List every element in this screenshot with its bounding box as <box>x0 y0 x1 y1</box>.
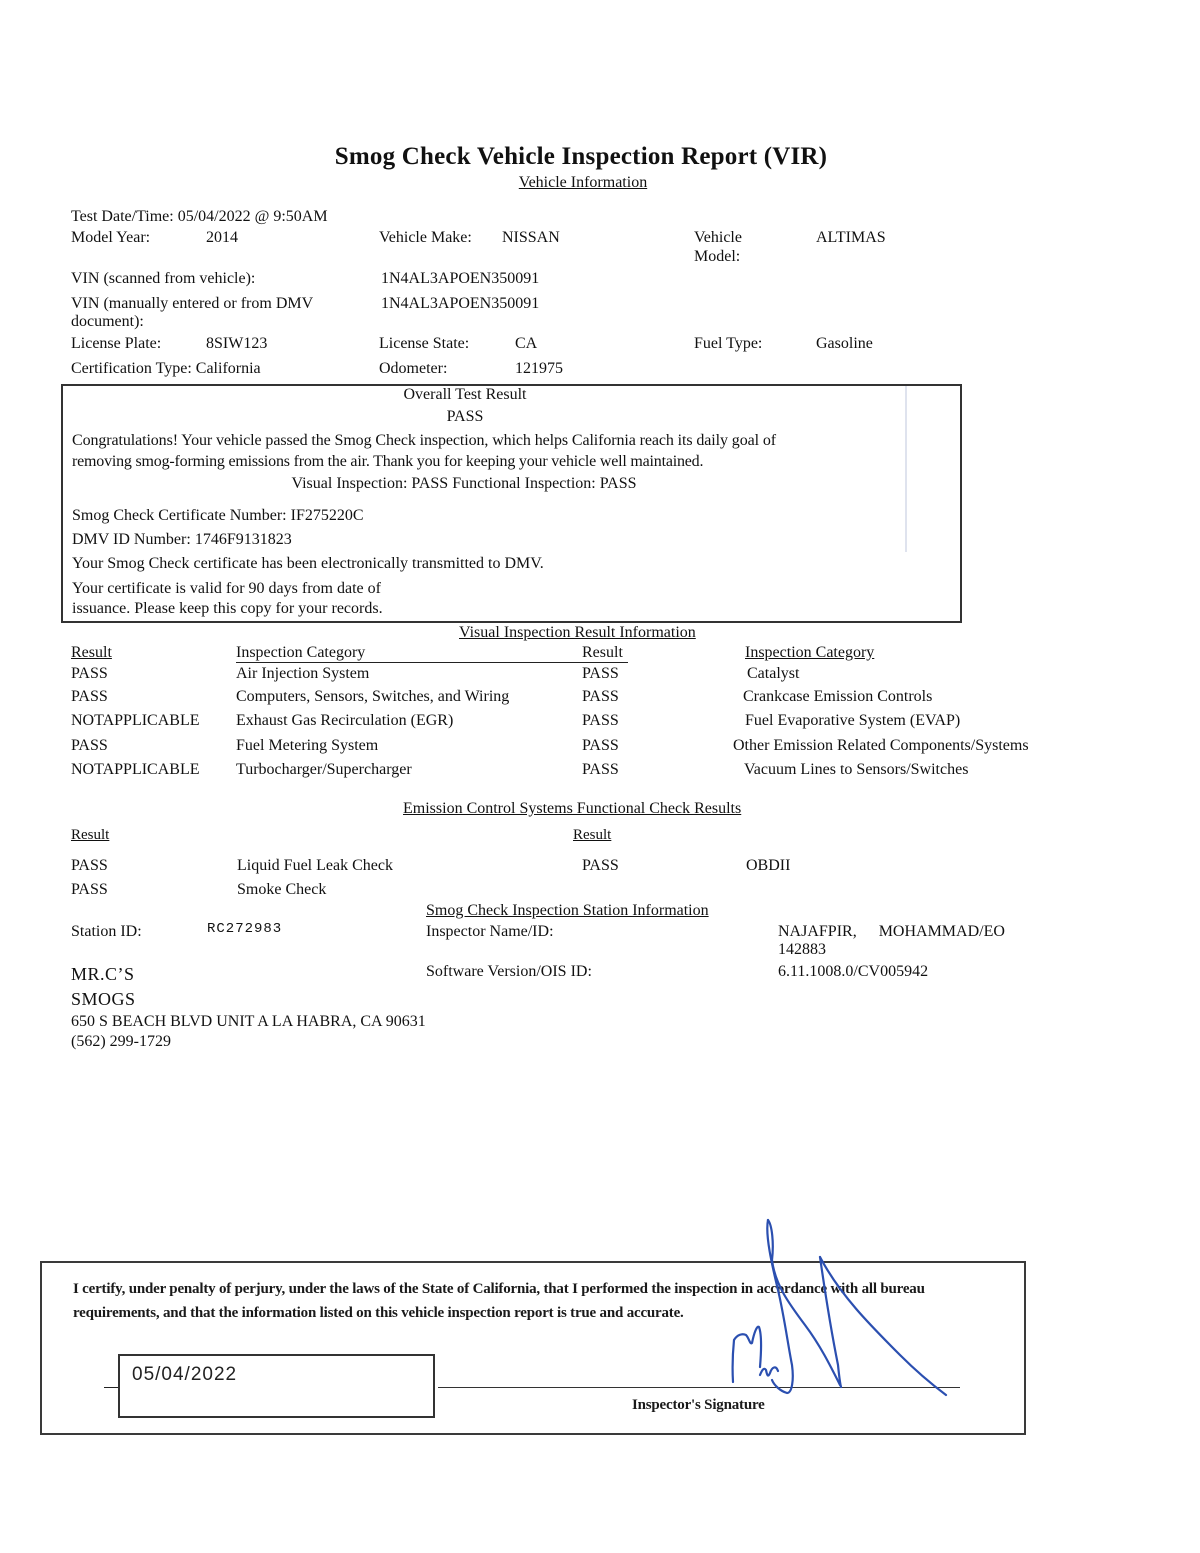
section-heading-station-information: Smog Check Inspection Station Informatio… <box>426 902 709 920</box>
section-heading-vehicle-information: Vehicle Information <box>0 174 1166 192</box>
overall-result-heading: Overall Test Result <box>0 386 930 404</box>
page-title: Smog Check Vehicle Inspection Report (VI… <box>0 143 1162 172</box>
fuel-type-label: Fuel Type: <box>694 335 762 353</box>
visual-result: NOTAPPLICABLE <box>71 712 200 730</box>
visual-category: Air Injection System <box>236 665 369 683</box>
validity-notice-line2: issuance. Please keep this copy for your… <box>72 600 383 618</box>
inspector-name: NAJAFPIR,MOHAMMAD/EO 142883 <box>778 923 1005 960</box>
software-value: 6.11.1008.0/CV005942 <box>778 963 928 981</box>
visual-category: Other Emission Related Components/System… <box>733 737 1029 755</box>
visual-result: PASS <box>582 737 619 755</box>
inspector-license-number: 142883 <box>778 941 1005 959</box>
license-state-value: CA <box>515 335 537 353</box>
visual-result: PASS <box>71 688 108 706</box>
functional-result: PASS <box>582 857 619 875</box>
inspection-summary: Visual Inspection: PASS Functional Inspe… <box>0 475 928 493</box>
certification-type-label: Certification Type: <box>71 360 192 377</box>
visual-result: PASS <box>582 712 619 730</box>
section-heading-functional-checks: Emission Control Systems Functional Chec… <box>403 800 741 818</box>
station-name-line2: SMOGS <box>71 989 136 1010</box>
vehicle-model-label: Vehicle Model: <box>694 229 742 267</box>
license-plate-label: License Plate: <box>71 335 161 353</box>
transmitted-notice: Your Smog Check certificate has been ele… <box>72 555 544 573</box>
inspector-first-name-id: MOHAMMAD/EO <box>879 923 1005 940</box>
odometer-value: 121975 <box>515 360 563 378</box>
station-address: 650 S BEACH BLVD UNIT A LA HABRA, CA 906… <box>71 1013 426 1031</box>
visual-col-result-left: Result <box>71 644 112 662</box>
vin-manual-label: VIN (manually entered or from DMV docume… <box>71 295 313 332</box>
visual-col-category-right: Inspection Category <box>745 644 874 662</box>
software-label: Software Version/OIS ID: <box>426 963 592 981</box>
dmv-id-value: 1746F9131823 <box>195 531 292 548</box>
pass-message-line2: removing smog-forming emissions from the… <box>72 453 703 471</box>
station-phone: (562) 299-1729 <box>71 1033 171 1051</box>
validity-notice: Your certificate is valid for 90 days fr… <box>72 580 383 619</box>
visual-category: Catalyst <box>747 665 799 683</box>
model-year-label: Model Year: <box>71 229 150 247</box>
station-name-line1: MR.C’S <box>71 964 135 985</box>
certification-type-row: Certification Type: California <box>71 360 261 378</box>
visual-result: PASS <box>582 665 619 683</box>
test-datetime-label: Test Date/Time: <box>71 208 174 225</box>
station-id-label: Station ID: <box>71 923 142 941</box>
functional-result: PASS <box>71 857 108 875</box>
visual-category: Computers, Sensors, Switches, and Wiring <box>236 688 509 706</box>
certificate-number-label: Smog Check Certificate Number: <box>72 507 287 524</box>
test-datetime-value: 05/04/2022 @ 9:50AM <box>178 208 328 225</box>
inspector-label: Inspector Name/ID: <box>426 923 554 941</box>
certification-type-value: California <box>196 360 261 377</box>
model-year-value: 2014 <box>206 229 238 247</box>
visual-result: NOTAPPLICABLE <box>71 761 200 779</box>
vehicle-make-label: Vehicle Make: <box>379 229 472 247</box>
visual-category: Vacuum Lines to Sensors/Switches <box>744 761 968 779</box>
station-id-value: RC272983 <box>207 921 282 937</box>
visual-result: PASS <box>71 665 108 683</box>
visual-col-category-left: Inspection Category <box>236 644 365 662</box>
validity-notice-line1: Your certificate is valid for 90 days fr… <box>72 580 383 598</box>
vin-scanned-value: 1N4AL3APOEN350091 <box>381 270 539 288</box>
odometer-label: Odometer: <box>379 360 447 378</box>
certification-statement-line2: requirements, and that the information l… <box>73 1305 684 1322</box>
vehicle-model-label-line1: Vehicle <box>694 229 742 247</box>
inspector-last-name: NAJAFPIR, <box>778 923 857 940</box>
visual-category: Crankcase Emission Controls <box>743 688 932 706</box>
visual-result: PASS <box>582 761 619 779</box>
section-heading-visual-inspection: Visual Inspection Result Information <box>459 624 696 642</box>
functional-col-result-right: Result <box>573 827 611 844</box>
vin-scanned-label: VIN (scanned from vehicle): <box>71 270 255 288</box>
overall-result-status: PASS <box>0 408 930 426</box>
license-state-label: License State: <box>379 335 469 353</box>
fuel-type-value: Gasoline <box>816 335 873 353</box>
pass-message-line1: Congratulations! Your vehicle passed the… <box>72 432 776 450</box>
license-plate-value: 8SIW123 <box>206 335 267 353</box>
functional-col-result-left: Result <box>71 827 109 844</box>
visual-result: PASS <box>582 688 619 706</box>
dmv-id-label: DMV ID Number: <box>72 531 191 548</box>
visual-category: Exhaust Gas Recirculation (EGR) <box>236 712 453 730</box>
vehicle-model-label-line2: Model: <box>694 248 742 266</box>
visual-category: Turbocharger/Supercharger <box>236 761 412 779</box>
dmv-id-row: DMV ID Number: 1746F9131823 <box>72 531 292 549</box>
vehicle-make-value: NISSAN <box>502 229 560 247</box>
inspector-signature-icon <box>720 1215 960 1415</box>
visual-col-result-right: Result <box>582 644 623 662</box>
certificate-number-value: IF275220C <box>291 507 364 524</box>
visual-result: PASS <box>71 737 108 755</box>
certificate-number-row: Smog Check Certificate Number: IF275220C <box>72 507 364 525</box>
test-datetime-row: Test Date/Time: 05/04/2022 @ 9:50AM <box>71 208 328 226</box>
date-value: 05/04/2022 <box>132 1364 237 1386</box>
vehicle-model-value: ALTIMAS <box>816 229 886 247</box>
functional-check: OBDII <box>746 857 790 875</box>
functional-result: PASS <box>71 881 108 899</box>
visual-header-underline <box>236 662 628 663</box>
vin-manual-label-line2: document): <box>71 313 313 331</box>
functional-check: Smoke Check <box>237 881 326 899</box>
functional-check: Liquid Fuel Leak Check <box>237 857 393 875</box>
visual-category: Fuel Metering System <box>236 737 378 755</box>
inspector-name-line1: NAJAFPIR,MOHAMMAD/EO <box>778 923 1005 941</box>
visual-category: Fuel Evaporative System (EVAP) <box>745 712 960 730</box>
vin-manual-value: 1N4AL3APOEN350091 <box>381 295 539 313</box>
vin-manual-label-line1: VIN (manually entered or from DMV <box>71 295 313 313</box>
